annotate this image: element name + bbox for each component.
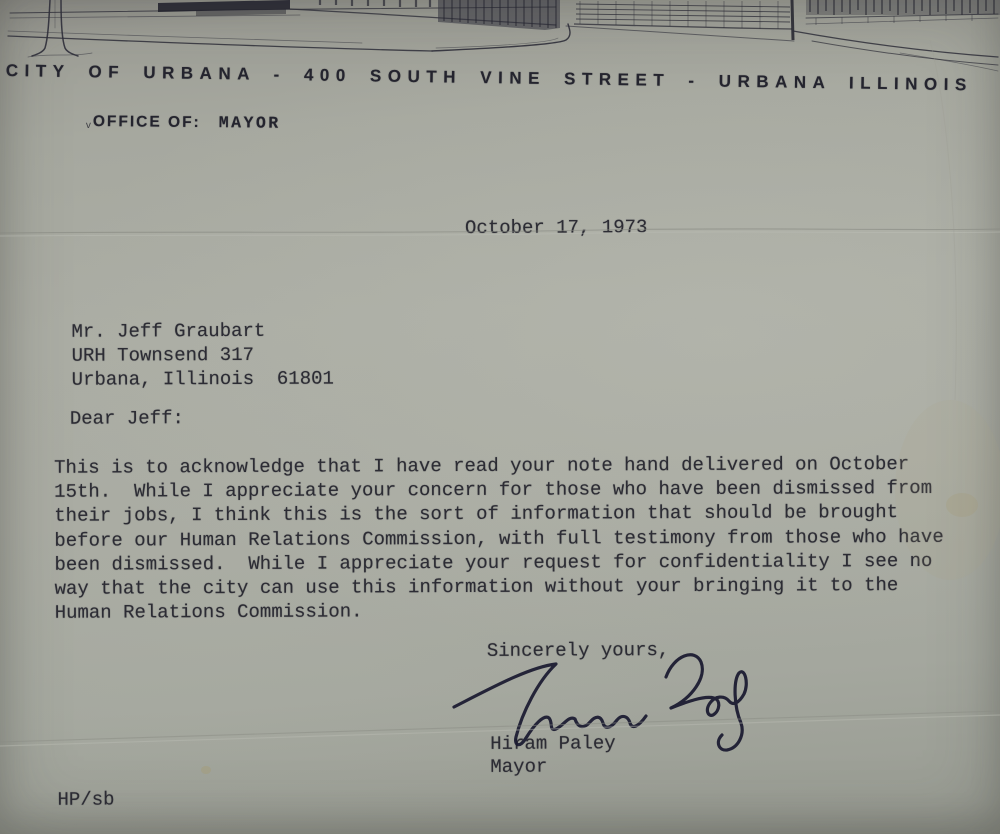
recipient-address-block: Mr. Jeff Graubart URH Townsend 317 Urban… bbox=[71, 319, 334, 392]
handwritten-signature-scrawl bbox=[448, 645, 768, 760]
office-of-value: MAYOR bbox=[219, 113, 281, 133]
salutation-line: Dear Jeff: bbox=[70, 406, 184, 430]
stray-ink-mark: v bbox=[86, 120, 91, 131]
letter-body-paragraph: This is to acknowledge that I have read … bbox=[54, 452, 944, 625]
office-of-label: OFFICE OF: bbox=[93, 113, 201, 131]
reference-initials: HP/sb bbox=[57, 788, 114, 812]
letter-document: CITY OF URBANA - 400 SOUTH VINE STREET -… bbox=[0, 0, 1000, 834]
office-of-line: vOFFICE OF:MAYOR bbox=[86, 112, 281, 133]
date-line: October 17, 1973 bbox=[465, 215, 648, 240]
